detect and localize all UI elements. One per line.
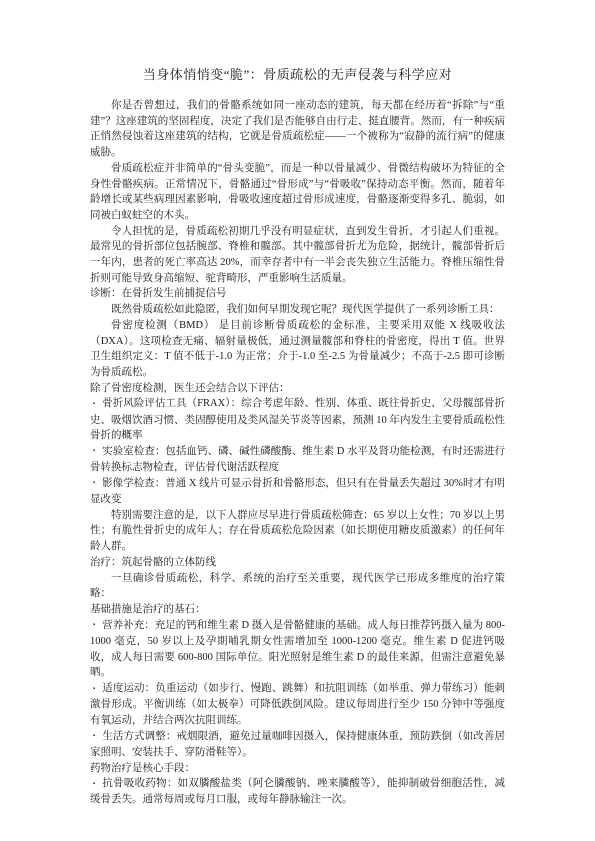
bullet-square-icon: ▪ <box>93 729 95 745</box>
section-heading: 诊断：在骨折发生前捕捉信号 <box>90 286 505 302</box>
bullet-text: 生活方式调整：戒烟限酒，避免过量咖啡因摄入，保持健康体重，预防跌倒（如改善居家照… <box>90 731 505 758</box>
bullet-item: ▪生活方式调整：戒烟限酒，避免过量咖啡因摄入，保持健康体重，预防跌倒（如改善居家… <box>90 729 505 761</box>
bullet-item: ▪抗骨吸收药物：如双膦酸盐类（阿仑膦酸钠、唑来膦酸等），能抑制破骨细胞活性，减缓… <box>90 776 505 808</box>
list-intro-line: 药物治疗是核心手段： <box>90 761 505 777</box>
bullet-square-icon: ▪ <box>93 476 95 492</box>
list-intro-line: 基础措施是治疗的基石： <box>90 602 505 618</box>
document-title: 当身体悄悄变“脆”：骨质疏松的无声侵袭与科学应对 <box>90 66 505 84</box>
paragraph: 一旦确诊骨质疏松，科学、系统的治疗至关重要，现代医学已形成多维度的治疗策略： <box>90 571 505 602</box>
bullet-square-icon: ▪ <box>93 444 95 460</box>
bullet-square-icon: ▪ <box>93 682 95 698</box>
section-heading: 治疗：筑起骨骼的立体防线 <box>90 555 505 571</box>
bullet-item: ▪实验室检查：包括血钙、磷、碱性磷酸酶、维生素 D 水平及肾功能检测，有时还需进… <box>90 444 505 476</box>
bullet-text: 抗骨吸收药物：如双膦酸盐类（阿仑膦酸钠、唑来膦酸等），能抑制破骨细胞活性，减缓骨… <box>90 778 505 805</box>
paragraph: 令人担忧的是，骨质疏松初期几乎没有明显症状，直到发生骨折，才引起人们重视。最常见… <box>90 224 505 287</box>
document-page: 当身体悄悄变“脆”：骨质疏松的无声侵袭与科学应对 你是否曾想过，我们的骨骼系统如… <box>0 0 595 841</box>
bullet-text: 实验室检查：包括血钙、磷、碱性磷酸酶、维生素 D 水平及肾功能检测，有时还需进行… <box>90 446 505 473</box>
bullet-item: ▪骨折风险评估工具（FRAX）：综合考虑年龄、性别、体重、既往骨折史、父母髋部骨… <box>90 396 505 444</box>
paragraph: 骨质疏松症并非简单的“骨头变脆”，而是一种以骨量减少、骨微结构破坏为特征的全身性… <box>90 161 505 224</box>
bullet-item: ▪影像学检查：普通 X 线片可显示骨折和骨骼形态，但只有在骨量丢失超过 30%时… <box>90 476 505 508</box>
bullet-square-icon: ▪ <box>93 777 95 793</box>
bullet-text: 影像学检查：普通 X 线片可显示骨折和骨骼形态，但只有在骨量丢失超过 30%时才… <box>90 478 505 505</box>
bullet-square-icon: ▪ <box>93 618 95 634</box>
document-body: 你是否曾想过，我们的骨骼系统如同一座动态的建筑，每天都在经历着“拆除”与“重建”… <box>90 98 505 808</box>
bullet-text: 适度运动：负重运动（如步行、慢跑、跳舞）和抗阻训练（如举重、弹力带练习）能刺激骨… <box>90 683 505 726</box>
bullet-square-icon: ▪ <box>93 397 95 413</box>
bullet-text: 骨折风险评估工具（FRAX）：综合考虑年龄、性别、体重、既往骨折史、父母髋部骨折… <box>90 398 505 441</box>
paragraph: 骨密度检测（BMD） 是目前诊断骨质疏松的金标准，主要采用双能 X 线吸收法（D… <box>90 318 505 381</box>
paragraph: 你是否曾想过，我们的骨骼系统如同一座动态的建筑，每天都在经历着“拆除”与“重建”… <box>90 98 505 161</box>
paragraph: 既然骨质疏松如此隐匿，我们如何早期发现它呢？现代医学提供了一系列诊断工具： <box>90 302 505 318</box>
list-intro-line: 除了骨密度检测，医生还会结合以下评估： <box>90 381 505 397</box>
bullet-item: ▪营养补充：充足的钙和维生素 D 摄入是骨骼健康的基础。成人每日推荐钙摄入量为 … <box>90 618 505 681</box>
bullet-item: ▪适度运动：负重运动（如步行、慢跑、跳舞）和抗阻训练（如举重、弹力带练习）能刺激… <box>90 681 505 729</box>
paragraph: 特别需要注意的是，以下人群应尽早进行骨质疏松筛查：65 岁以上女性；70 岁以上… <box>90 508 505 555</box>
bullet-text: 营养补充：充足的钙和维生素 D 摄入是骨骼健康的基础。成人每日推荐钙摄入量为 8… <box>90 620 505 679</box>
